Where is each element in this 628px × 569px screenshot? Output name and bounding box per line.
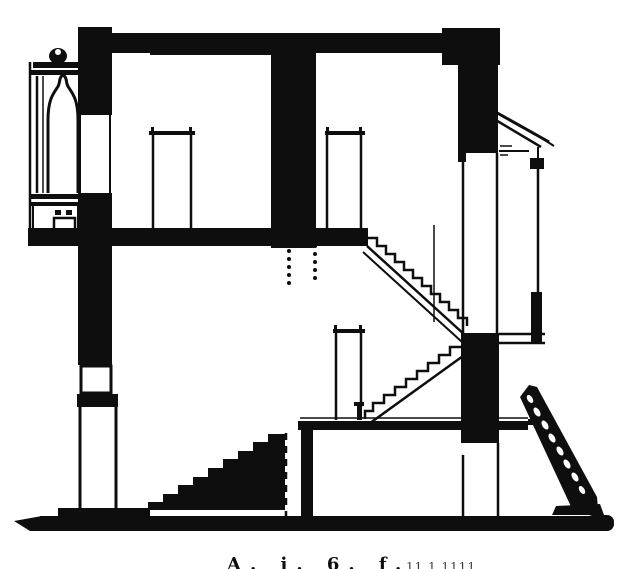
molding-band	[31, 202, 81, 206]
stair-steps	[368, 238, 467, 326]
railing-foot	[552, 504, 604, 515]
slab-band	[28, 228, 368, 246]
wall-band	[77, 394, 118, 407]
porch-roof	[489, 110, 554, 169]
door-head-nub	[334, 325, 337, 330]
dot	[313, 276, 317, 280]
finial-notch	[55, 49, 61, 55]
door-head-nub	[359, 325, 362, 330]
panel-mark	[66, 210, 72, 215]
basement-walls	[463, 443, 498, 516]
dot	[287, 257, 291, 261]
second-floor-slab	[28, 228, 368, 246]
ground-left-taper	[14, 516, 42, 531]
wall-black-top	[458, 28, 498, 153]
caption-fragment-left: A. i. 6. f.	[227, 554, 410, 569]
door-head-nub	[151, 127, 154, 132]
dot	[287, 273, 291, 277]
roof-slope	[492, 110, 549, 142]
panel-mark	[55, 210, 61, 215]
stair-stringer	[366, 356, 463, 426]
door-head-nub	[359, 127, 362, 132]
caption-fragment-right: 11.1.1111	[406, 560, 476, 569]
right-exterior-wall	[434, 28, 500, 333]
wall-upper	[78, 27, 112, 115]
stair-stringer	[367, 246, 466, 336]
door-head	[149, 131, 195, 135]
newel-cap	[354, 402, 364, 406]
exterior-stair-railing	[520, 385, 604, 515]
dot	[313, 244, 317, 248]
stair-stringer	[363, 252, 462, 342]
gutter-head	[530, 158, 544, 169]
door-head-nub	[326, 127, 329, 132]
upper-stair-flight	[363, 238, 467, 342]
section-drawing	[0, 0, 628, 569]
oriel-niche-window	[29, 48, 82, 246]
dot	[313, 252, 317, 256]
door-frame-left-room	[149, 127, 195, 228]
ground-line	[14, 515, 614, 531]
niche-ogee-arch	[48, 75, 78, 193]
door-head-nub	[189, 127, 192, 132]
porch-wall	[531, 169, 542, 342]
dot	[313, 268, 317, 272]
dot	[287, 265, 291, 269]
floor-band	[298, 421, 528, 430]
stairs-solid	[148, 434, 285, 510]
cornice-band	[33, 62, 80, 68]
molding-band	[31, 194, 81, 199]
dot	[287, 241, 291, 245]
central-wall	[271, 33, 316, 248]
central-wall-body	[271, 33, 316, 248]
dot	[287, 281, 291, 285]
lower-central-wall	[301, 421, 313, 521]
first-floor-slab	[298, 418, 552, 521]
wall-window-box	[81, 366, 111, 393]
door-frame-right-room	[325, 127, 365, 228]
scanned-page: { "document": { "kind": "architectural c…	[0, 0, 628, 569]
lower-stair-flight	[354, 347, 463, 426]
ground-band	[40, 516, 592, 531]
left-exterior-wall	[77, 27, 118, 516]
entrance-stairs	[58, 434, 285, 518]
dot	[313, 260, 317, 264]
stair-steps	[365, 347, 461, 419]
cornice-band	[29, 70, 82, 75]
dot	[287, 249, 291, 253]
ground-right-cap	[586, 515, 614, 531]
wall-mid	[78, 193, 112, 365]
